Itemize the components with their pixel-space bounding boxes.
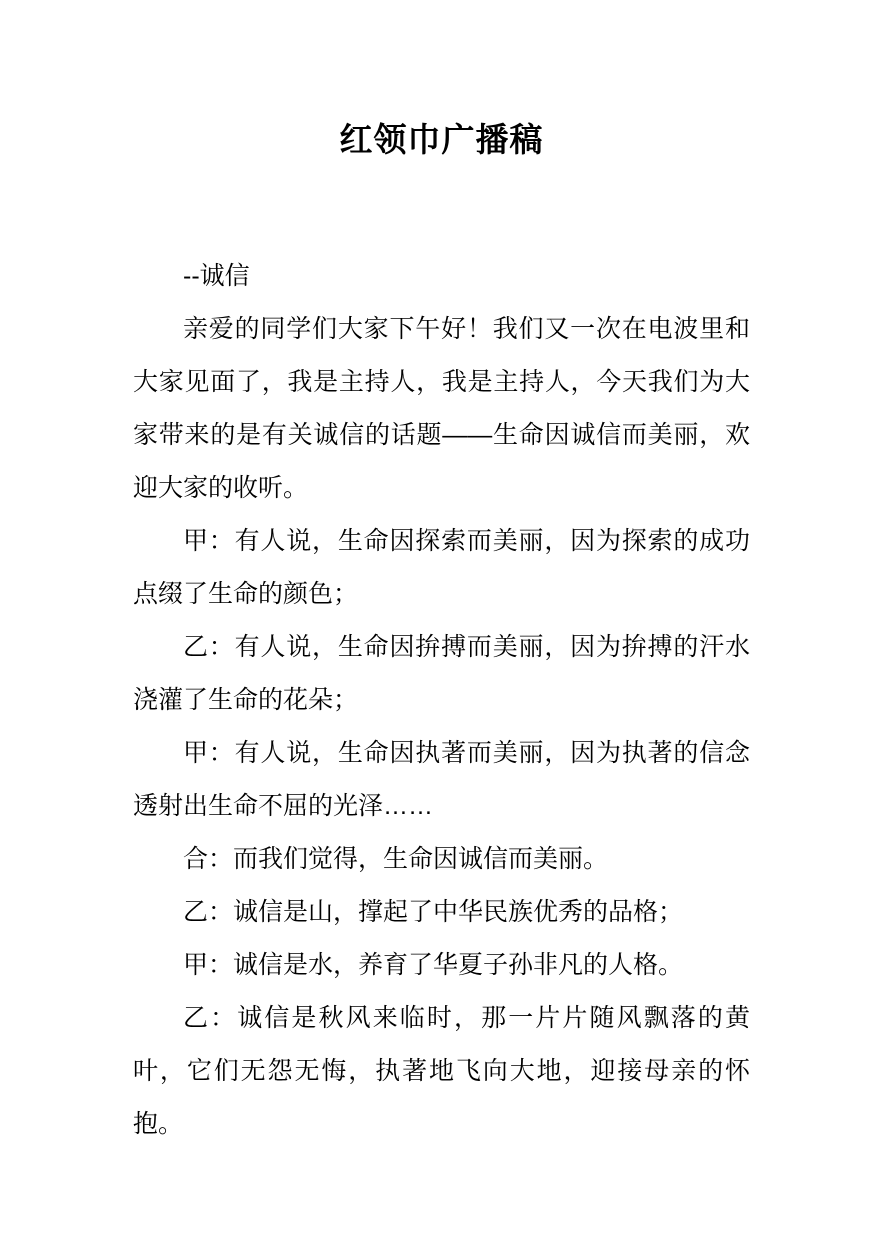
paragraph: 亲爱的同学们大家下午好！我们又一次在电波里和大家见面了，我是主持人，我是主持人，… (133, 303, 750, 515)
paragraph: 甲：有人说，生命因执著而美丽，因为执著的信念透射出生命不屈的光泽…… (133, 727, 750, 833)
paragraph: 乙：诚信是山，撑起了中华民族优秀的品格； (133, 886, 750, 939)
paragraph: 乙：有人说，生命因拚搏而美丽，因为拚搏的汗水浇灌了生命的花朵； (133, 621, 750, 727)
paragraph: 甲：有人说，生命因探索而美丽，因为探索的成功点缀了生命的颜色； (133, 515, 750, 621)
document-page: 红领巾广播稿 --诚信亲爱的同学们大家下午好！我们又一次在电波里和大家见面了，我… (0, 0, 884, 1250)
paragraph: 合：而我们觉得，生命因诚信而美丽。 (133, 833, 750, 886)
document-body: --诚信亲爱的同学们大家下午好！我们又一次在电波里和大家见面了，我是主持人，我是… (133, 250, 750, 1151)
document-title: 红领巾广播稿 (133, 119, 750, 161)
paragraph: 乙：诚信是秋风来临时，那一片片随风飘落的黄叶，它们无怨无悔，执著地飞向大地，迎接… (133, 992, 750, 1151)
paragraph: --诚信 (133, 250, 750, 303)
paragraph: 甲：诚信是水，养育了华夏子孙非凡的人格。 (133, 939, 750, 992)
